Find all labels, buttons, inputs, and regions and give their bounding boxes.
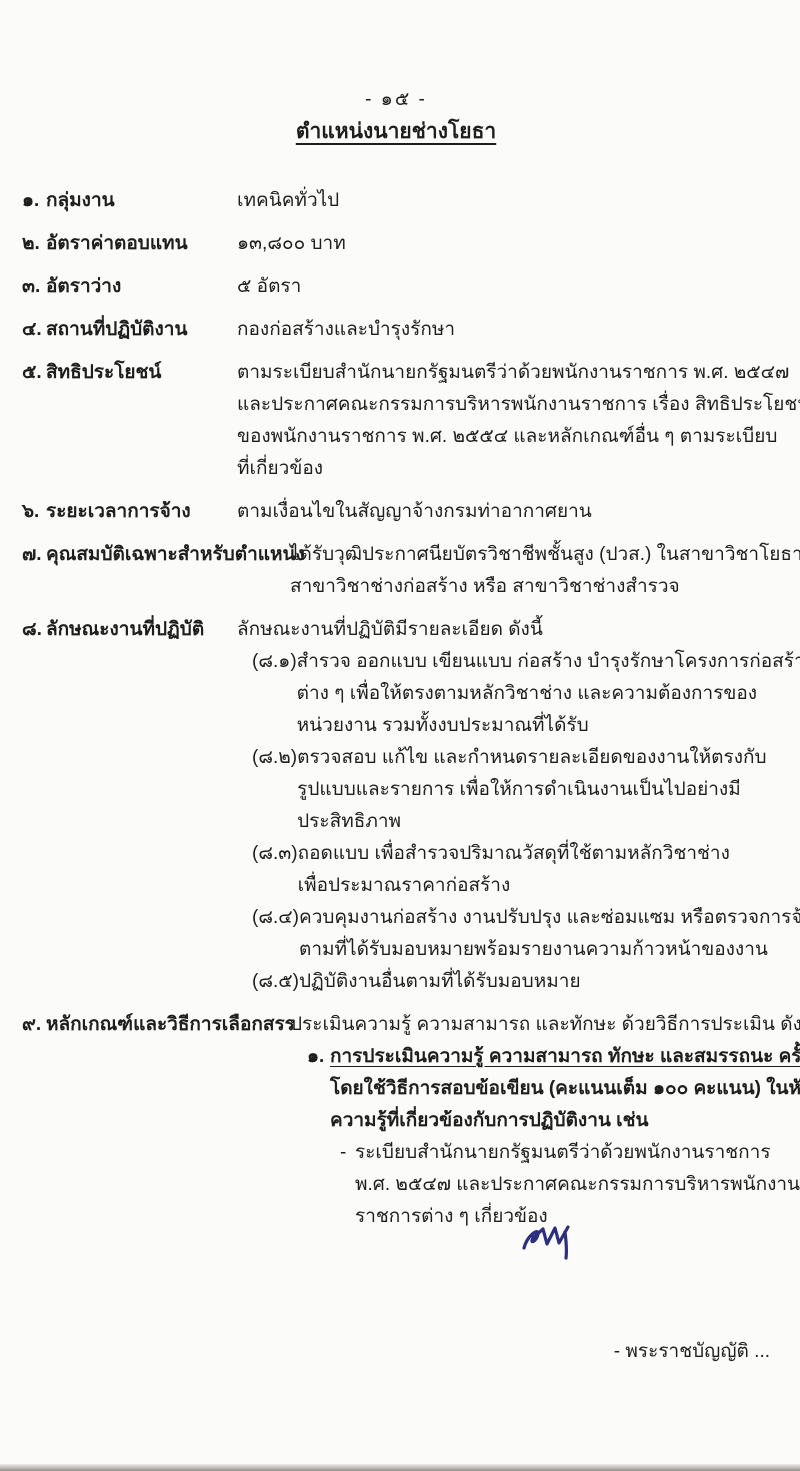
item-label-2: ๒.อัตราค่าตอบแทน [22, 228, 237, 260]
item-value-3: ๕ อัตรา [237, 271, 770, 303]
duties-intro: ลักษณะงานที่ปฏิบัติมีรายละเอียด ดังนี้ [237, 614, 800, 646]
page-title: ตำแหน่งนายช่างโยธา [296, 120, 496, 143]
item-label-3: ๓.อัตราว่าง [22, 271, 237, 303]
duty-item-4: (๘.๔) ควบคุมงานก่อสร้าง งานปรับปรุง และซ… [252, 902, 800, 966]
field-list: ๑.กลุ่มงาน เทคนิคทั่วไป ๒.อัตราค่าตอบแทน… [22, 185, 770, 1233]
item-label-7: ๗.คุณสมบัติเฉพาะสำหรับตำแหน่ง [22, 539, 290, 603]
signature-initials-icon [520, 1220, 582, 1281]
field-row-salary: ๒.อัตราค่าตอบแทน ๑๓,๘๐๐ บาท [22, 228, 770, 260]
page-number: - ๑๕ - [22, 84, 770, 116]
item-label-9: ๙.หลักเกณฑ์และวิธีการเลือกสรร [22, 1009, 290, 1233]
item-label-5: ๕.สิทธิประโยชน์ [22, 357, 237, 485]
field-row-duties: ๘.ลักษณะงานที่ปฏิบัติ ลักษณะงานที่ปฏิบัต… [22, 614, 770, 998]
item-value-7: ได้รับวุฒิประกาศนียบัตรวิชาชีพชั้นสูง (ป… [290, 539, 800, 603]
duty-item-1: (๘.๑) สำรวจ ออกแบบ เขียนแบบ ก่อสร้าง บำร… [252, 646, 800, 742]
item-value-2: ๑๓,๘๐๐ บาท [237, 228, 770, 260]
field-row-duration: ๖.ระยะเวลาการจ้าง ตามเงื่อนไขในสัญญาจ้าง… [22, 496, 770, 528]
field-row-workplace: ๔.สถานที่ปฏิบัติงาน กองก่อสร้างและบำรุงร… [22, 314, 770, 346]
evaluation-heading: การประเมินความรู้ ความสามารถ ทักษะ และสม… [330, 1046, 800, 1067]
evaluation-point-1: ๑. การประเมินความรู้ ความสามารถ ทักษะ แล… [307, 1041, 800, 1233]
duty-item-2: (๘.๒) ตรวจสอบ แก้ไข และกำหนดรายละเอียดขอ… [252, 742, 800, 838]
item-label-6: ๖.ระยะเวลาการจ้าง [22, 496, 237, 528]
field-row-selection-criteria: ๙.หลักเกณฑ์และวิธีการเลือกสรร ประเมินควา… [22, 1009, 770, 1233]
item-label-4: ๔.สถานที่ปฏิบัติงาน [22, 314, 237, 346]
item-value-1: เทคนิคทั่วไป [237, 185, 770, 217]
item-label-1: ๑.กลุ่มงาน [22, 185, 237, 217]
item-value-5: ตามระเบียบสำนักนายกรัฐมนตรีว่าด้วยพนักงา… [237, 357, 800, 485]
document-page: - ๑๕ - ตำแหน่งนายช่างโยธา ๑.กลุ่มงาน เทค… [0, 0, 800, 1471]
item-label-8: ๘.ลักษณะงานที่ปฏิบัติ [22, 614, 237, 998]
duty-item-3: (๘.๓) ถอดแบบ เพื่อสำรวจปริมาณวัสดุที่ใช้… [252, 838, 800, 902]
field-row-group: ๑.กลุ่มงาน เทคนิคทั่วไป [22, 185, 770, 217]
evaluation-bullet: - ระเบียบสำนักนายกรัฐมนตรีว่าด้วยพนักงาน… [340, 1137, 800, 1233]
item-value-4: กองก่อสร้างและบำรุงรักษา [237, 314, 770, 346]
item-value-6: ตามเงื่อนไขในสัญญาจ้างกรมท่าอากาศยาน [237, 496, 770, 528]
field-row-vacancy: ๓.อัตราว่าง ๕ อัตรา [22, 271, 770, 303]
selection-intro: ประเมินความรู้ ความสามารถ และทักษะ ด้วยว… [290, 1009, 800, 1041]
item-value-9: ประเมินความรู้ ความสามารถ และทักษะ ด้วยว… [290, 1009, 800, 1233]
scan-bottom-edge [0, 1464, 800, 1471]
field-row-benefits: ๕.สิทธิประโยชน์ ตามระเบียบสำนักนายกรัฐมน… [22, 357, 770, 485]
evaluation-topic: ความรู้ที่เกี่ยวข้องกับการปฏิบัติงาน เช่… [330, 1105, 800, 1137]
field-row-qualifications: ๗.คุณสมบัติเฉพาะสำหรับตำแหน่ง ได้รับวุฒิ… [22, 539, 770, 603]
continuation-note: - พระราชบัญญัติ ... [0, 1336, 770, 1368]
item-value-8: ลักษณะงานที่ปฏิบัติมีรายละเอียด ดังนี้ (… [237, 614, 800, 998]
evaluation-method: โดยใช้วิธีการสอบข้อเขียน (คะแนนเต็ม ๑๐๐ … [330, 1073, 800, 1105]
duty-item-5: (๘.๕) ปฏิบัติงานอื่นตามที่ได้รับมอบหมาย [252, 966, 800, 998]
